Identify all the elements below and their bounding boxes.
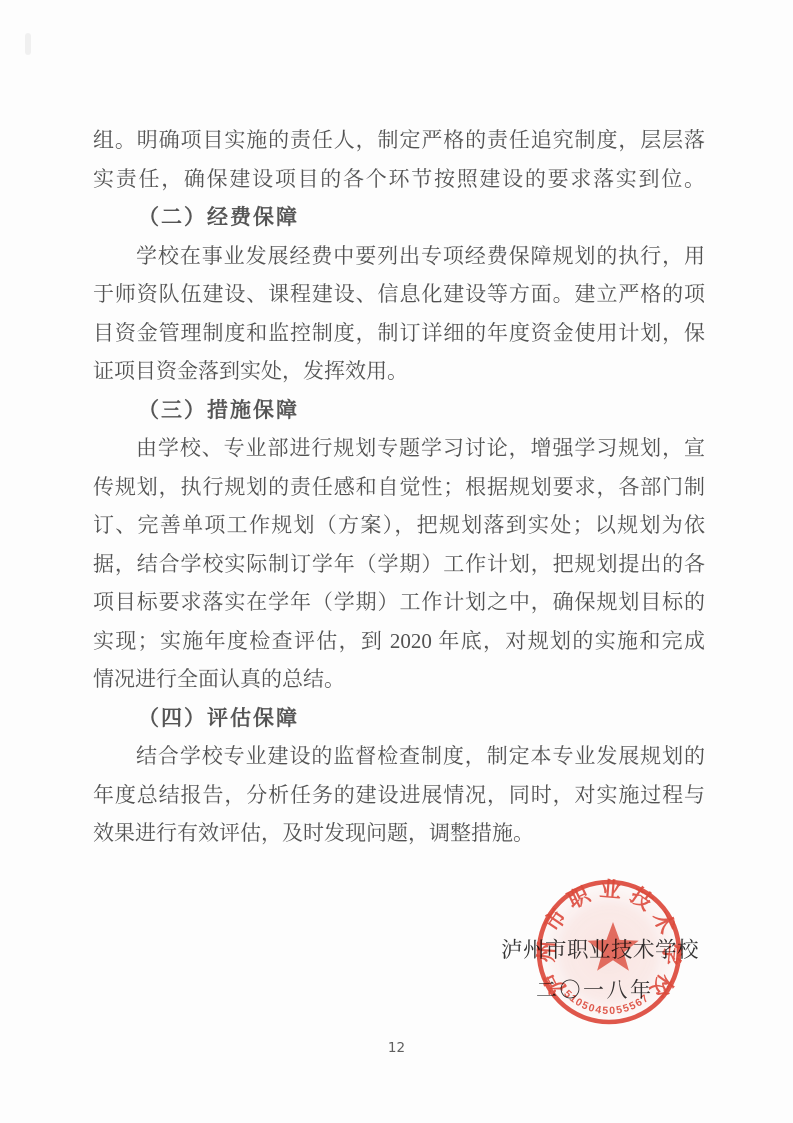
scan-artifact — [25, 33, 31, 55]
body-line: 据，结合学校实际制订学年（学期）工作计划，把规划提出的各 — [93, 545, 705, 584]
body-line: 年度总结报告，分析任务的建设进展情况，同时，对实施过程与 — [93, 776, 705, 815]
body-line: 实责任，确保建设项目的各个环节按照建设的要求落实到位。 — [93, 160, 705, 199]
document-body-text: 组。明确项目实施的责任人，制定严格的责任追究制度，层层落 实责任，确保建设项目的… — [93, 121, 705, 853]
body-line: 组。明确项目实施的责任人，制定严格的责任追究制度，层层落 — [93, 121, 705, 160]
body-line: 目资金管理制度和监控制度，制订详细的年度资金使用计划，保 — [93, 314, 705, 353]
page-number: 12 — [0, 1040, 793, 1056]
body-line: 订、完善单项工作规划（方案），把规划落到实处；以规划为依 — [93, 506, 705, 545]
section-heading-funding: （二）经费保障 — [93, 198, 705, 237]
body-line: 结合学校专业建设的监督检查制度，制定本专业发展规划的 — [93, 737, 705, 776]
body-line: 于师资队伍建设、课程建设、信息化建设等方面。建立严格的项 — [93, 275, 705, 314]
body-line: 情况进行全面认真的总结。 — [93, 660, 705, 699]
document-page: 组。明确项目实施的责任人，制定严格的责任追究制度，层层落 实责任，确保建设项目的… — [0, 0, 793, 1123]
body-line: 实现；实施年度检查评估，到 2020 年底，对规划的实施和完成 — [93, 622, 705, 661]
signature-school-name: 泸州市职业技术学校 — [501, 933, 699, 964]
body-line: 传规划，执行规划的责任感和自觉性；根据规划要求，各部门制 — [93, 468, 705, 507]
body-line: 学校在事业发展经费中要列出专项经费保障规划的执行，用 — [93, 237, 705, 276]
section-heading-evaluation: （四）评估保障 — [93, 699, 705, 738]
signature-date: 二〇一八年 — [536, 974, 654, 1004]
body-line: 项目标要求落实在学年（学期）工作计划之中，确保规划目标的 — [93, 583, 705, 622]
body-line: 效果进行有效评估，及时发现问题，调整措施。 — [93, 814, 705, 853]
body-line: 由学校、专业部进行规划专题学习讨论，增强学习规划，宣 — [93, 429, 705, 468]
body-line: 证项目资金落到实处，发挥效用。 — [93, 352, 705, 391]
section-heading-measures: （三）措施保障 — [93, 391, 705, 430]
